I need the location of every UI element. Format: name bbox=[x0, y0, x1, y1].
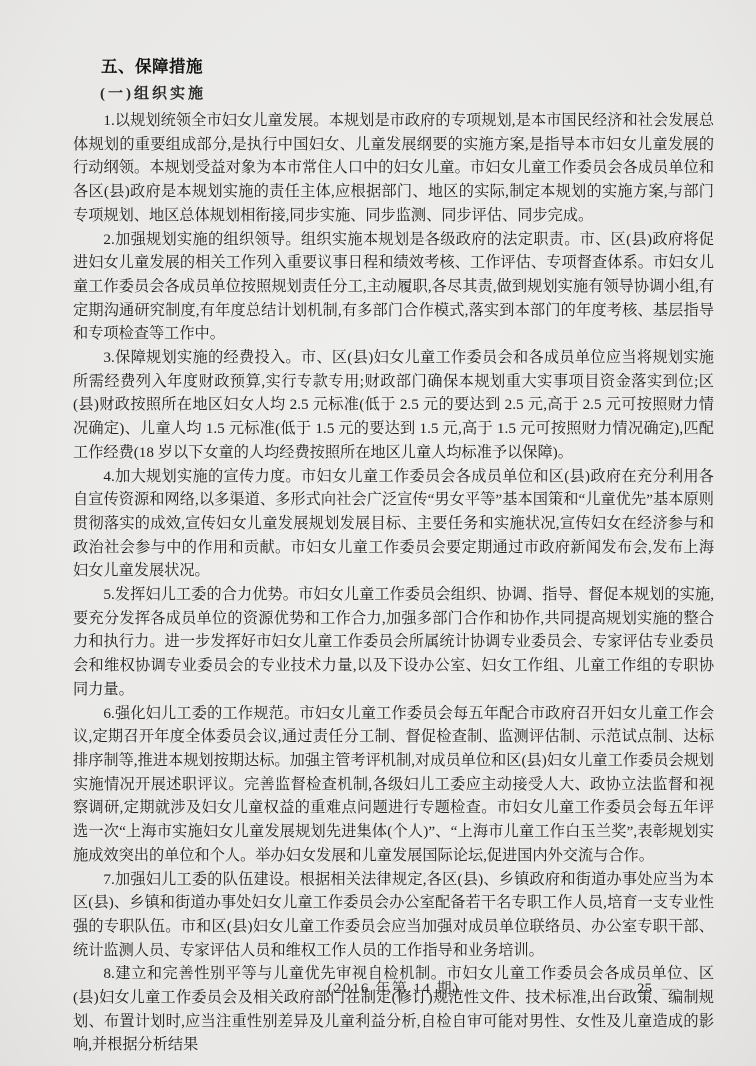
document-page: { "page": { "background_color": "#edecea… bbox=[0, 0, 756, 1066]
paragraph-6: 6.强化妇儿工委的工作规范。市妇女儿童工作委员会每五年配合市政府召开妇女儿童工作… bbox=[73, 702, 714, 868]
document-body: 五、保障措施 (一)组织实施 1.以规划统领全市妇女儿童发展。本规划是市政府的专… bbox=[73, 55, 714, 1057]
paragraph-3: 3.保障规划实施的经费投入。市、区(县)妇女儿童工作委员会和各成员单位应当将规划… bbox=[73, 346, 714, 465]
paragraph-5: 5.发挥妇儿工委的合力优势。市妇女儿童工作委员会组织、协调、指导、督促本规划的实… bbox=[73, 583, 714, 702]
paragraph-4: 4.加大规划实施的宣传力度。市妇女儿童工作委员会各成员单位和区(县)政府在充分利… bbox=[73, 465, 714, 584]
page-number-value: 25 bbox=[627, 981, 662, 997]
footer-page-number: —25— bbox=[612, 977, 677, 1001]
paragraph-2: 2.加强规划实施的组织领导。组织实施本规划是各级政府的法定职责。市、区(县)政府… bbox=[73, 228, 714, 347]
paragraph-1: 1.以规划统领全市妇女儿童发展。本规划是市政府的专项规划,是本市国民经济和社会发… bbox=[73, 109, 714, 228]
page-number-dash-left: — bbox=[612, 981, 627, 997]
paragraph-7: 7.加强妇儿工委的队伍建设。根据相关法律规定,各区(县)、乡镇政府和街道办事处应… bbox=[73, 868, 714, 963]
subsection-heading: (一)组织实施 bbox=[73, 82, 714, 106]
page-number-dash-right: — bbox=[662, 981, 677, 997]
page-footer: (2016 年第 14 期) —25— bbox=[73, 977, 714, 1001]
section-heading: 五、保障措施 bbox=[73, 55, 714, 79]
